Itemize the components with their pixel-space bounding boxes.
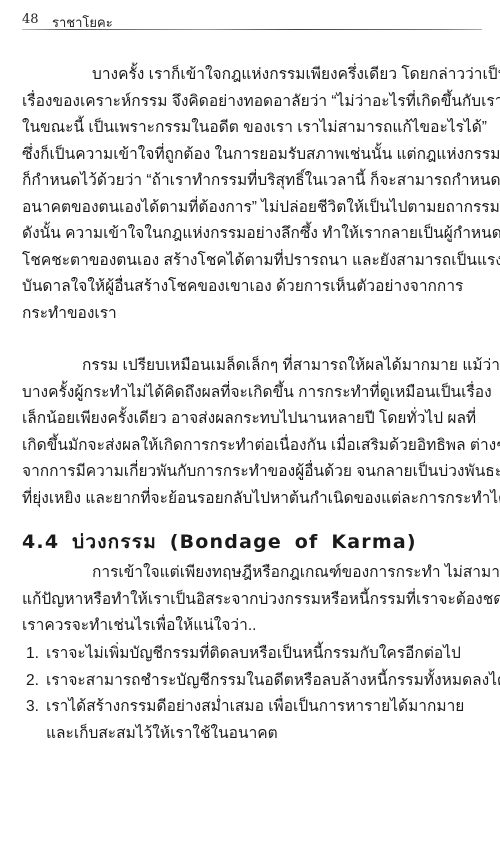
- paragraph-3: การเข้าใจแต่เพียงทฤษฎีหรือกฎเกณฑ์ของการก…: [22, 560, 484, 640]
- text-line: เราควรจะทำเช่นไรเพื่อให้แน่ใจว่า..: [22, 613, 484, 640]
- text-line: ซึ่งก็เป็นความเข้าใจที่ถูกต้อง ในการยอมร…: [22, 142, 484, 169]
- page-header: 48 ราชาโยคะ: [22, 12, 482, 34]
- text-line: ที่ยุ่งเหยิง และยากที่จะย้อนรอยกลับไปหาต…: [22, 486, 484, 513]
- text-line: จากการมีความเกี่ยวพันกับการกระทำของผู้อื…: [22, 459, 484, 486]
- text-line: บางครั้งผู้กระทำไม่ได้คิดถึงผลที่จะเกิดข…: [22, 380, 484, 407]
- list-item: 1. เราจะไม่เพิ่มบัญชีกรรมที่ติดลบหรือเป็…: [22, 641, 492, 668]
- text-line: เล็กน้อยเพียงครั้งเดียว อาจส่งผลกระทบไปน…: [22, 406, 484, 433]
- list-item: 2. เราจะสามารถชำระบัญชีกรรมในอดีตหรือลบล…: [22, 668, 492, 695]
- text-line: ในขณะนี้ เป็นเพราะกรรมในอดีต ของเรา เราไ…: [22, 115, 484, 142]
- paragraph-2: กรรม เปรียบเหมือนเมล็ดเล็กๆ ที่สามารถให้…: [22, 353, 484, 512]
- text-line: เรื่องของเคราะห์กรรม จึงคิดอย่างทอดอาลัย…: [22, 89, 484, 116]
- text-line: โชคชะตาของตนเอง สร้างโชคได้ตามที่ปรารถนา…: [22, 248, 484, 275]
- list-item-text: เราจะสามารถชำระบัญชีกรรมในอดีตหรือลบล้าง…: [46, 668, 492, 695]
- list-number: 1.: [26, 641, 39, 668]
- text-line: เกิดขึ้นมักจะส่งผลให้เกิดการกระทำต่อเนื่…: [22, 433, 484, 460]
- list-item: 3. เราได้สร้างกรรมดีอย่างสม่ำเสมอ เพื่อเ…: [22, 694, 492, 747]
- text-line: แก้ปัญหาหรือทำให้เราเป็นอิสระจากบ่วงกรรม…: [22, 587, 484, 614]
- text-line: อนาคตของตนเองได้ตามที่ต้องการ” ไม่ปล่อยช…: [22, 195, 484, 222]
- text-line: ดังนั้น ความเข้าใจในกฎแห่งกรรมอย่างลึกซึ…: [22, 221, 484, 248]
- text-line: กระทำของเรา: [22, 301, 484, 328]
- text-line: กรรม เปรียบเหมือนเมล็ดเล็กๆ ที่สามารถให้…: [22, 353, 484, 380]
- header-rule: [22, 29, 482, 30]
- list-number: 3.: [26, 694, 39, 721]
- text-line: การเข้าใจแต่เพียงทฤษฎีหรือกฎเกณฑ์ของการก…: [22, 560, 484, 587]
- text-line: บันดาลใจให้ผู้อื่นสร้างโชคของเขาเอง ด้วย…: [22, 274, 484, 301]
- paragraph-1: บางครั้ง เราก็เข้าใจกฎแห่งกรรมเพียงครึ่ง…: [22, 62, 484, 327]
- list-item-text: เราได้สร้างกรรมดีอย่างสม่ำเสมอ เพื่อเป็น…: [46, 694, 492, 721]
- list-item-text: และเก็บสะสมไว้ให้เราใช้ในอนาคต: [46, 721, 492, 748]
- list-number: 2.: [26, 668, 39, 695]
- text-line: ก็กำหนดไว้ด้วยว่า “ถ้าเราทำกรรมที่บริสุท…: [22, 168, 484, 195]
- numbered-list: 1. เราจะไม่เพิ่มบัญชีกรรมที่ติดลบหรือเป็…: [22, 641, 492, 747]
- page-number: 48: [22, 12, 39, 27]
- list-item-text: เราจะไม่เพิ่มบัญชีกรรมที่ติดลบหรือเป็นหน…: [46, 641, 492, 668]
- section-heading: 4.4 บ่วงกรรม (Bondage of Karma): [22, 527, 417, 557]
- text-line: บางครั้ง เราก็เข้าใจกฎแห่งกรรมเพียงครึ่ง…: [22, 62, 484, 89]
